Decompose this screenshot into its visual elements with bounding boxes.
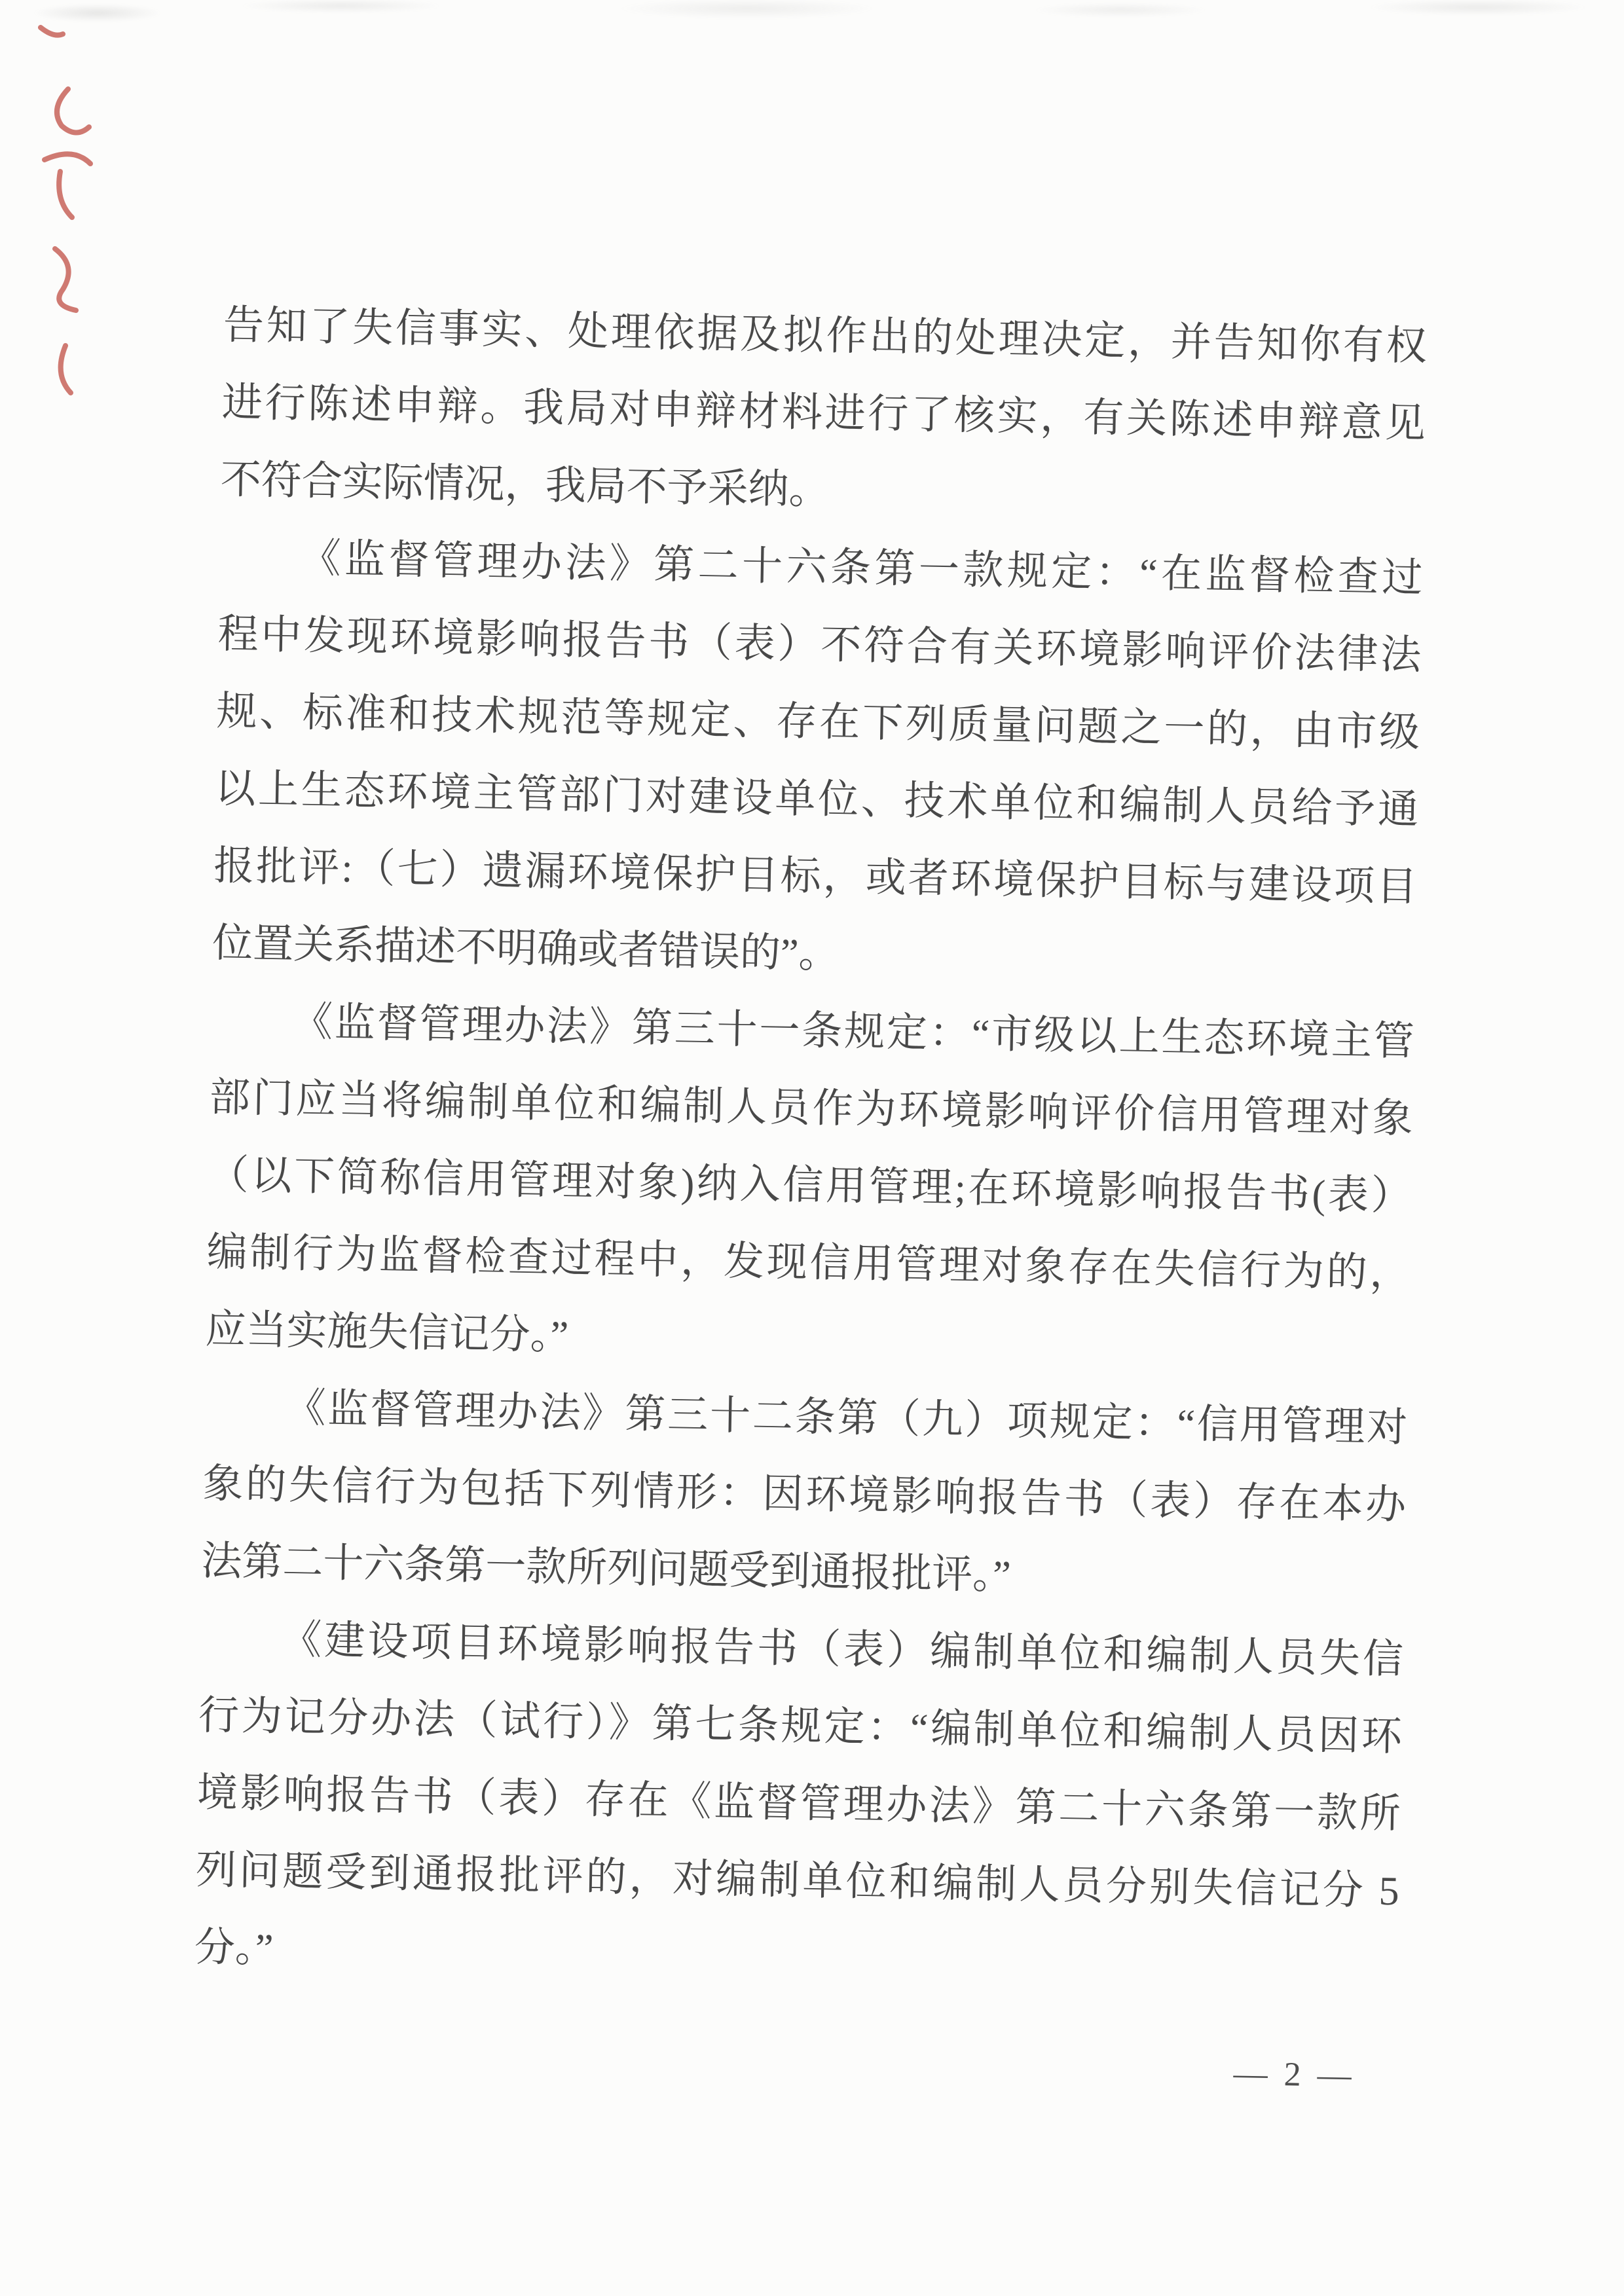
- document-body: 告知了失信事实、处理依据及拟作出的处理决定，并告知你有权进行陈述申辩。我局对申辩…: [192, 287, 1427, 2096]
- page-number: — 2 —: [192, 2036, 1396, 2097]
- document-lines: 告知了失信事实、处理依据及拟作出的处理决定，并告知你有权进行陈述申辩。我局对申辩…: [194, 287, 1428, 2007]
- document-page: 告知了失信事实、处理依据及拟作出的处理决定，并告知你有权进行陈述申辩。我局对申辩…: [0, 0, 1624, 2296]
- red-ink-marks: [22, 18, 134, 516]
- scan-noise: [0, 0, 1624, 72]
